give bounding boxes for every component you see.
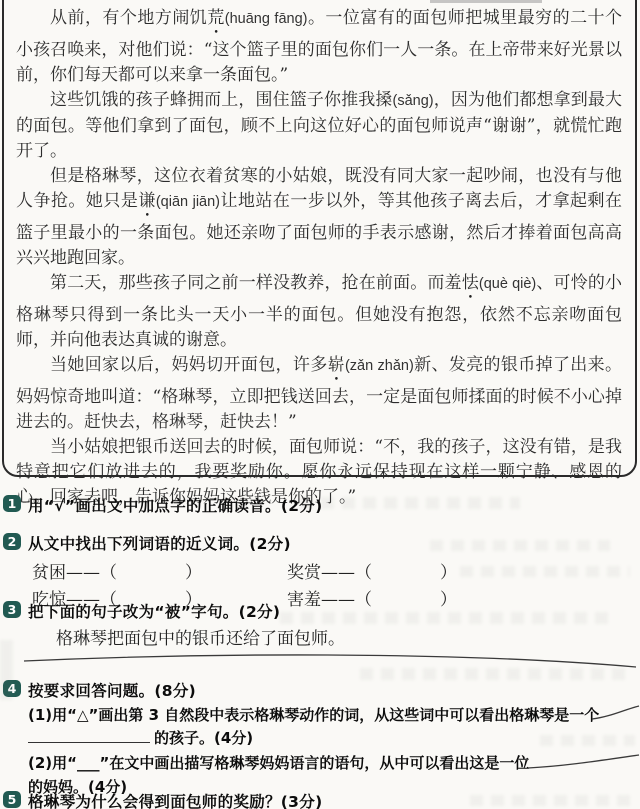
answer-blank-line xyxy=(528,753,640,771)
question-4-text: 按要求回答问题。(8分) xyxy=(28,679,196,701)
question-4-sub1-tail: 的孩子。(4分) xyxy=(154,729,253,747)
synonym-blank-haixiu: 害羞——（ ） xyxy=(287,585,457,610)
question-4-sub1-continue: 的孩子。(4分) xyxy=(28,727,253,748)
passage-paragraph: 当她回家以后，妈妈切开面包，许多崭(zǎn zhǎn)新、发亮的银币掉了出来。妈… xyxy=(16,353,622,435)
page-bleed xyxy=(280,612,610,624)
page-bleed xyxy=(300,497,520,509)
passage-paragraph: 从前，有个地方闹饥荒(huāng fāng)。一位富有的面包师把城里最穷的二十个… xyxy=(16,6,622,88)
question-3-number-badge: 3 xyxy=(3,601,21,618)
question-5-text: 格琳琴为什么会得到面包师的奖励？(3分) xyxy=(28,790,322,809)
passage: 从前，有个地方闹饥荒(huāng fāng)。一位富有的面包师把城里最穷的二十个… xyxy=(16,6,622,510)
question-2-number-badge: 2 xyxy=(3,533,21,550)
synonym-blank-jiangshang: 奖赏——（ ） xyxy=(287,558,457,583)
question-3-text: 把下面的句子改为“被”字句。(2分) xyxy=(28,600,280,622)
question-4-sub2-text: (2)用“___”在文中画出描写格琳琴妈妈语言的语句，从中可以看出这是一位 xyxy=(28,752,529,773)
question-1-number-badge: 1 xyxy=(3,495,21,512)
question-2-text: 从文中找出下列词语的近义词。(2分) xyxy=(28,532,291,554)
page-bleed xyxy=(430,540,610,551)
page-bleed xyxy=(360,668,630,680)
question-5: 5 格琳琴为什么会得到面包师的奖励？(3分) xyxy=(3,790,322,809)
page-bleed xyxy=(0,640,18,700)
page-bleed xyxy=(540,735,635,746)
question-5-number-badge: 5 xyxy=(3,791,21,808)
question-3: 3 把下面的句子改为“被”字句。(2分) xyxy=(3,600,280,622)
passage-paragraph: 这些饥饿的孩子蜂拥而上，围住篮子你推我搡(sǎng)，因为他们都想拿到最大的面包… xyxy=(16,88,622,164)
question-3-sentence: 格琳琴把面包中的银币还给了面包师。 xyxy=(56,624,345,649)
answer-blank-line xyxy=(28,728,150,743)
passage-paragraph: 第二天，那些孩子同之前一样没教养，抢在前面。而羞怯(què qiè)、可怜的小格… xyxy=(16,271,622,353)
question-1-text: 用“√”画出文中加点字的正确读音。(2分) xyxy=(28,494,322,516)
synonym-blank-pinkun: 贫困——（ ） xyxy=(32,558,202,583)
question-2: 2 从文中找出下列词语的近义词。(2分) xyxy=(3,532,291,554)
question-4-sub1-text: (1)用“△”画出第 3 自然段中表示格琳琴动作的词，从这些词中可以看出格琳琴是… xyxy=(28,704,599,725)
question-4: 4 按要求回答问题。(8分) xyxy=(3,679,196,701)
question-1: 1 用“√”画出文中加点字的正确读音。(2分) xyxy=(3,494,322,516)
answer-blank-line xyxy=(592,705,640,721)
passage-paragraph: 但是格琳琴，这位衣着贫寒的小姑娘，既没有同大家一起吵闹，也没有与他人争抢。她只是… xyxy=(16,164,622,271)
page-bleed xyxy=(470,795,630,806)
page-bleed xyxy=(460,566,630,577)
